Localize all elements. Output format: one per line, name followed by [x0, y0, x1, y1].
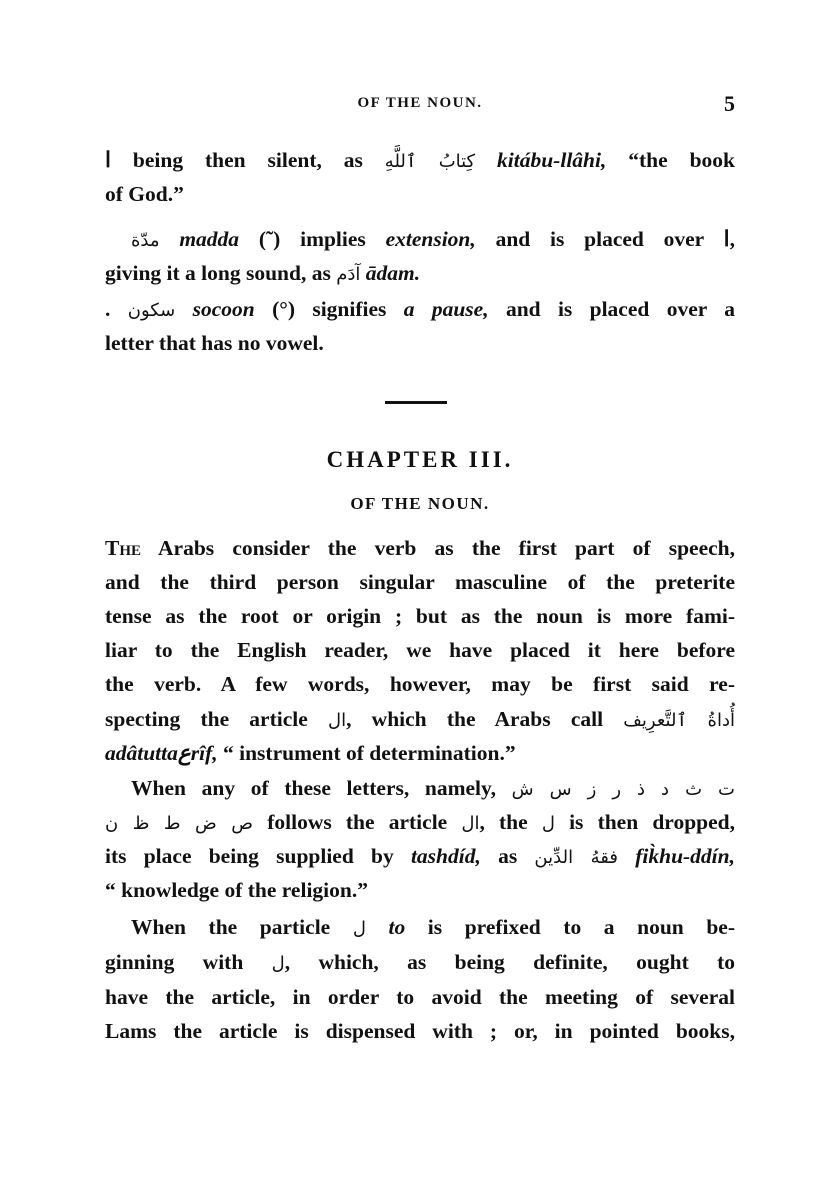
- text: is then dropped,: [555, 810, 735, 834]
- text-line: Lams the article is dispensed with ; or,…: [105, 1016, 735, 1046]
- arabic-text: آدَم: [336, 264, 360, 285]
- text-line: and the third person singular masculine …: [105, 567, 735, 597]
- text-line: tense as the root or origin ; but as the…: [105, 601, 735, 631]
- text: (˜) implies: [239, 227, 386, 251]
- transliteration: kitábu-llâhi,: [475, 148, 606, 172]
- text: When any of these letters, namely,: [131, 776, 512, 800]
- text: (°) signifies: [255, 297, 404, 321]
- text-line: When the particle ل to is prefixed to a …: [105, 912, 735, 944]
- transliteration: ādam.: [360, 261, 420, 285]
- term: socoon: [175, 297, 254, 321]
- text: giving it a long sound, as: [105, 261, 336, 285]
- arabic-text: سكون: [128, 300, 176, 321]
- term: madda: [160, 227, 240, 251]
- arabic-text: ل: [272, 953, 285, 974]
- text: and is placed over a: [489, 297, 735, 321]
- gloss: to: [366, 915, 405, 939]
- text: ا being then silent, as: [105, 148, 385, 172]
- running-title: OF THE NOUN.: [105, 95, 735, 112]
- text: its place being supplied by: [105, 844, 411, 868]
- section-divider: [385, 401, 447, 404]
- text-line: . سكون socoon (°) signifies a pause, and…: [105, 294, 735, 326]
- text: When the particle: [131, 915, 353, 939]
- arabic-text: ال: [328, 710, 346, 731]
- text-line: ginning with ل, which, as being definite…: [105, 947, 735, 979]
- arabic-letters: ص ض ط ظ ن: [105, 813, 253, 834]
- text-line: the verb. A few words, however, may be f…: [105, 669, 735, 699]
- arabic-text: ل: [353, 918, 366, 939]
- chapter-subtitle: OF THE NOUN.: [105, 494, 735, 514]
- arabic-text: كِتابُ ٱللَّهِ: [385, 151, 475, 172]
- arabic-letters: ت ث د ذ ر ز س ش: [512, 779, 735, 800]
- text: follows the article: [253, 810, 461, 834]
- text-line: The Arabs consider the verb as the first…: [105, 533, 735, 563]
- text-line: giving it a long sound, as آدَم ādam.: [105, 258, 735, 290]
- text-line: of God.”: [105, 179, 735, 209]
- emphasis: extension,: [386, 227, 476, 251]
- running-head: OF THE NOUN. 5: [105, 95, 735, 119]
- text: , which the Arabs call: [346, 707, 623, 731]
- text: “ instrument of determination.”: [218, 741, 516, 765]
- arabic-text: فقهُ الدِّين: [534, 847, 618, 868]
- text-line: have the article, in order to avoid the …: [105, 982, 735, 1012]
- arabic-text: ال: [461, 813, 479, 834]
- text-line: ص ض ط ظ ن follows the article ال, the ل …: [105, 807, 735, 839]
- arabic-text: ل: [542, 813, 555, 834]
- arabic-text: أُداةُ ٱلتَّعرِيف: [623, 710, 735, 731]
- transliteration: fik̀hu-ddín,: [618, 844, 735, 868]
- text: and is placed over ا,: [476, 227, 735, 251]
- emphasis: a pause,: [404, 297, 489, 321]
- text: ginning with: [105, 950, 272, 974]
- text-line: “ knowledge of the religion.”: [105, 875, 735, 905]
- transliteration: adâtuttaعrîf,: [105, 741, 218, 765]
- lead-word: The: [105, 536, 141, 560]
- text: , the: [479, 810, 541, 834]
- text-line: its place being supplied by tashdíd, as …: [105, 841, 735, 873]
- text: is prefixed to a noun be-: [405, 915, 735, 939]
- text: Arabs consider the verb as the first par…: [141, 536, 735, 560]
- text-line: adâtuttaعrîf, “ instrument of determinat…: [105, 738, 735, 768]
- text: “the book: [606, 148, 735, 172]
- arabic-text: مدّة: [131, 230, 160, 251]
- text-line: specting the article ال, which the Arabs…: [105, 704, 735, 736]
- text: specting the article: [105, 707, 328, 731]
- text-line: When any of these letters, namely, ت ث د…: [105, 773, 735, 805]
- text: .: [105, 297, 128, 321]
- text: , which, as being definite, ought to: [285, 950, 735, 974]
- term: tashdíd,: [411, 844, 481, 868]
- text-line: liar to the English reader, we have plac…: [105, 635, 735, 665]
- text-line: مدّة madda (˜) implies extension, and is…: [105, 224, 735, 256]
- text-line: letter that has no vowel.: [105, 328, 735, 358]
- chapter-title: CHAPTER III.: [105, 447, 735, 473]
- text: as: [481, 844, 535, 868]
- page-number: 5: [724, 91, 735, 117]
- text-line: ا being then silent, as كِتابُ ٱللَّهِ k…: [105, 145, 735, 177]
